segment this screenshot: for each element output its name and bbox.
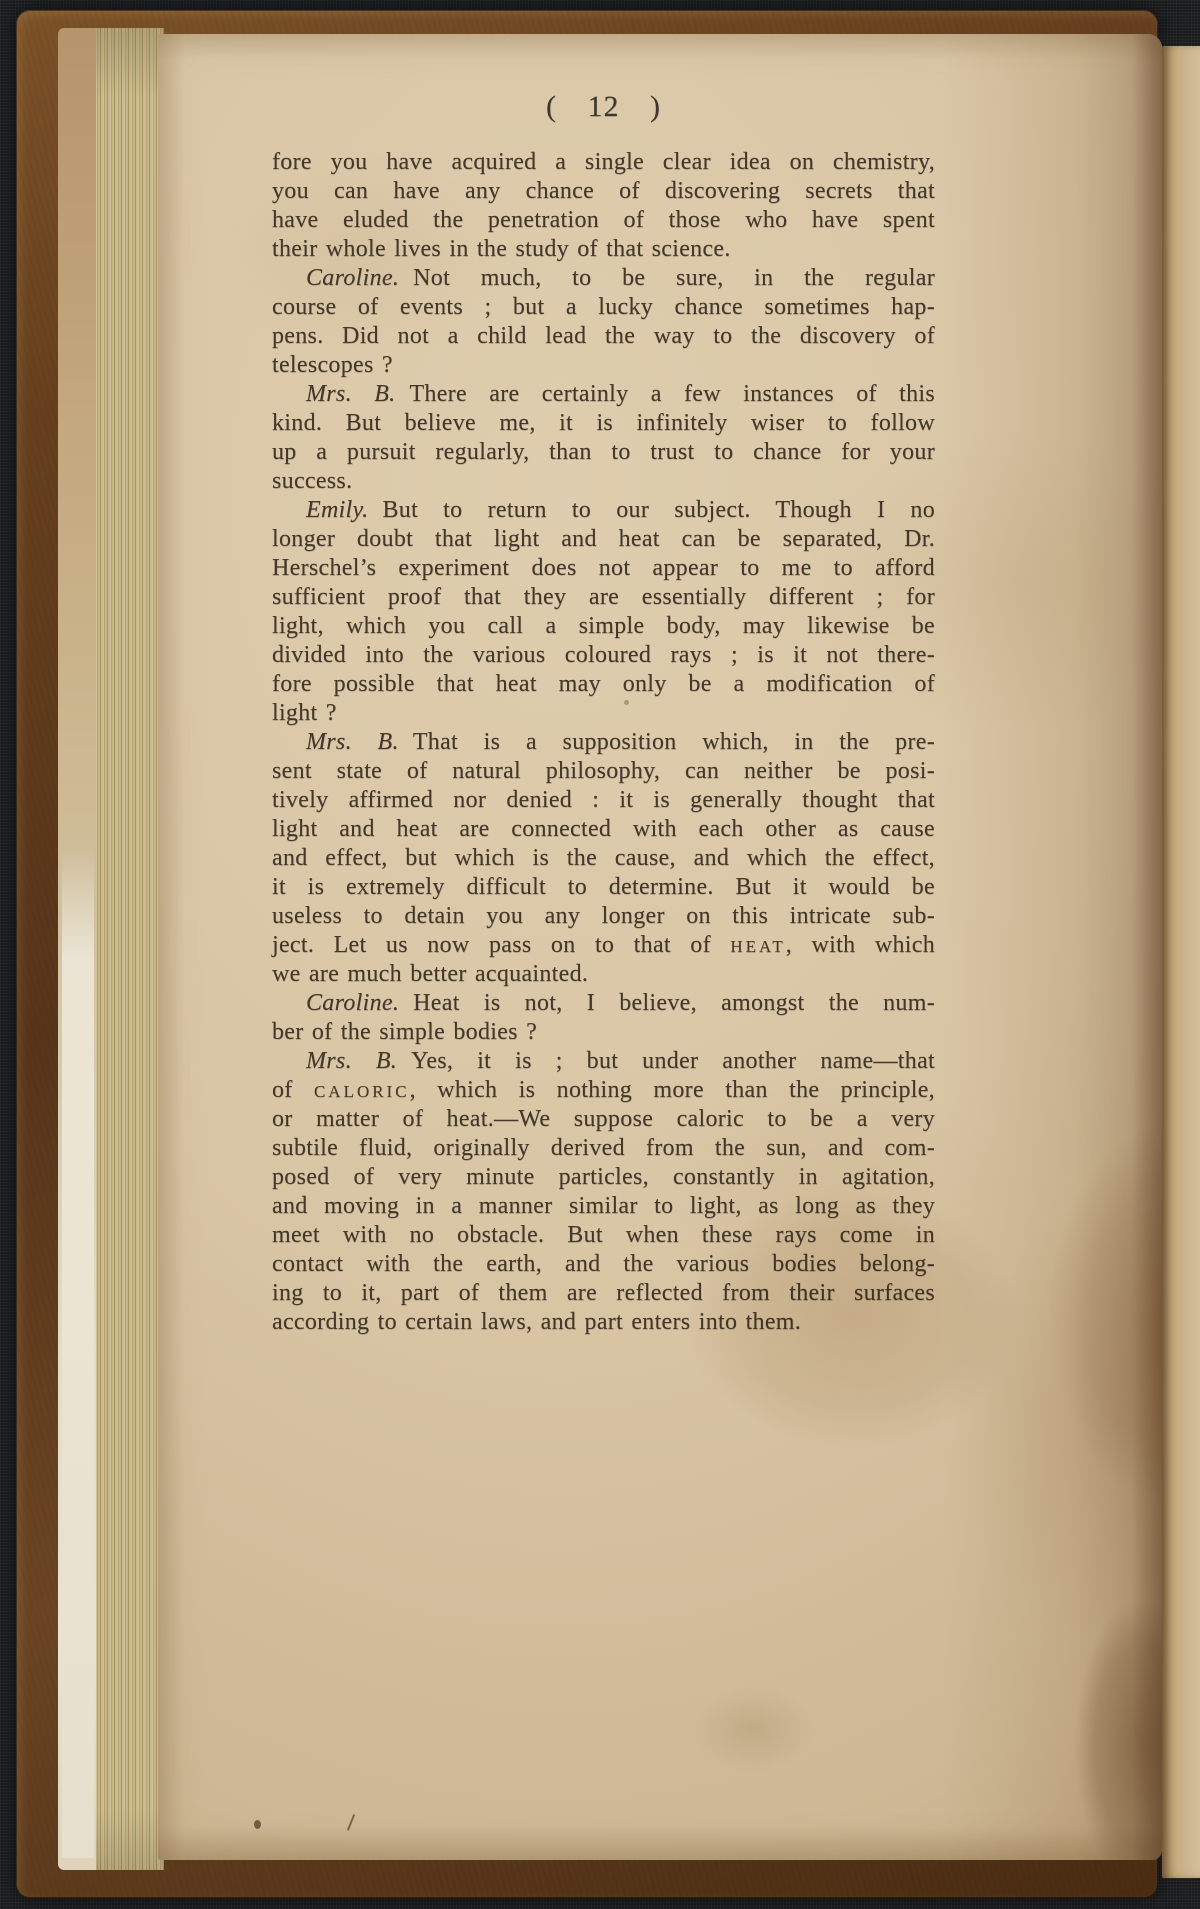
paragraph: Emily.But to return to our subject. Thou… <box>272 496 935 728</box>
text-line: you can have any chance of discovering s… <box>272 177 935 206</box>
text-segment: , with which <box>786 932 935 958</box>
text-segment: fore you have acquired a single clear id… <box>272 149 935 175</box>
stain <box>678 1674 828 1784</box>
page-top-shadow <box>158 34 1162 60</box>
text-segment: according to certain laws, and part ente… <box>272 1309 801 1335</box>
text-line: kind. But believe me, it is infinitely w… <box>272 409 935 438</box>
text-segment: their whole lives in the study of that s… <box>272 236 731 262</box>
page-number: ( 12 ) <box>272 90 935 124</box>
text-segment: of <box>272 1077 314 1103</box>
speaker-name: Caroline. <box>306 990 399 1016</box>
text-segment: ject. Let us now pass on to that of <box>272 932 730 958</box>
text-segment: meet with no obstacle. But when these ra… <box>272 1222 935 1248</box>
text-line: light ? <box>272 699 935 728</box>
text-segment: or matter of heat.—We suppose caloric to… <box>272 1106 935 1132</box>
text-line: sufficient proof that they are essential… <box>272 583 935 612</box>
text-segment: There are certainly a few instances of t… <box>409 381 935 407</box>
paragraph: Mrs. B.That is a supposition which, in t… <box>272 728 935 989</box>
text-line: of caloric, which is nothing more than t… <box>272 1076 935 1105</box>
speck <box>254 1820 261 1829</box>
text-line: Mrs. B.There are certainly a few instanc… <box>272 380 935 409</box>
text-segment: light and heat are connected with each o… <box>272 816 935 842</box>
text-line: posed of very minute particles, constant… <box>272 1163 935 1192</box>
text-line: Herschel’s experiment does not appear to… <box>272 554 935 583</box>
text-line: course of events ; but a lucky chance so… <box>272 293 935 322</box>
gutter-shadow <box>1132 34 1162 1860</box>
text-line: have eluded the penetration of those who… <box>272 206 935 235</box>
paragraph: Caroline.Not much, to be sure, in the re… <box>272 264 935 380</box>
text-segment: tively affirmed nor denied : it is gener… <box>272 787 935 813</box>
text-line: Mrs. B.That is a supposition which, in t… <box>272 728 935 757</box>
text-segment: sufficient proof that they are essential… <box>272 584 935 610</box>
page-stack-fore-edge <box>58 28 164 1870</box>
book-scan-stage: ( 12 ) fore you have acquired a single c… <box>0 0 1200 1909</box>
speaker-name: Mrs. B. <box>306 1048 397 1074</box>
facing-page-sliver <box>1162 46 1200 1878</box>
text-line: fore you have acquired a single clear id… <box>272 148 935 177</box>
text-segment: sent state of natural philosophy, can ne… <box>272 758 935 784</box>
text-segment: light, which you call a simple body, may… <box>272 613 935 639</box>
fiber-mark <box>347 1814 355 1831</box>
text-segment: pens. Did not a child lead the way to th… <box>272 323 935 349</box>
text-segment: Not much, to be sure, in the regular <box>413 265 935 291</box>
text-segment: up a pursuit regularly, than to trust to… <box>272 439 935 465</box>
paragraph: Mrs. B.Yes, it is ; but under another na… <box>272 1047 935 1337</box>
text-segment: ing to it, part of them are reflected fr… <box>272 1280 935 1306</box>
text-line: light, which you call a simple body, may… <box>272 612 935 641</box>
speaker-name: Emily. <box>306 497 368 523</box>
text-segment: light ? <box>272 700 337 726</box>
text-segment: longer doubt that light and heat can be … <box>272 526 935 552</box>
text-segment: , which is nothing more than the princip… <box>410 1077 935 1103</box>
text-segment: Herschel’s experiment does not appear to… <box>272 555 935 581</box>
paragraph: fore you have acquired a single clear id… <box>272 148 935 264</box>
text-segment: contact with the earth, and the various … <box>272 1251 935 1277</box>
text-line: Emily.But to return to our subject. Thou… <box>272 496 935 525</box>
text-segment: useless to detain you any longer on this… <box>272 903 935 929</box>
text-segment: course of events ; but a lucky chance so… <box>272 294 935 320</box>
text-segment: ber of the simple bodies ? <box>272 1019 537 1045</box>
text-line: we are much better acquainted. <box>272 960 935 989</box>
text-segment: That is a supposition which, in the pre- <box>413 729 935 755</box>
text-line: Mrs. B.Yes, it is ; but under another na… <box>272 1047 935 1076</box>
text-line: ing to it, part of them are reflected fr… <box>272 1279 935 1308</box>
text-line: ber of the simple bodies ? <box>272 1018 935 1047</box>
text-line: Caroline.Not much, to be sure, in the re… <box>272 264 935 293</box>
text-line: according to certain laws, and part ente… <box>272 1308 935 1337</box>
text-segment: it is extremely difficult to determine. … <box>272 874 935 900</box>
text-segment: success. <box>272 468 352 494</box>
text-line: pens. Did not a child lead the way to th… <box>272 322 935 351</box>
text-segment: and effect, but which is the cause, and … <box>272 845 935 871</box>
text-segment: we are much better acquainted. <box>272 961 588 987</box>
text-line: telescopes ? <box>272 351 935 380</box>
page-bottom-shadow <box>158 1826 1162 1860</box>
text-line: or matter of heat.—We suppose caloric to… <box>272 1105 935 1134</box>
text-line: longer doubt that light and heat can be … <box>272 525 935 554</box>
text-line: ject. Let us now pass on to that of heat… <box>272 931 935 960</box>
text-line: and effect, but which is the cause, and … <box>272 844 935 873</box>
text-segment: and moving in a manner similar to light,… <box>272 1193 935 1219</box>
text-line: meet with no obstacle. But when these ra… <box>272 1221 935 1250</box>
text-segment: Heat is not, I believe, amongst the num- <box>413 990 935 1016</box>
text-segment: But to return to our subject. Though I n… <box>382 497 935 523</box>
main-page: ( 12 ) fore you have acquired a single c… <box>158 34 1162 1860</box>
text-segment: you can have any chance of discovering s… <box>272 178 935 204</box>
text-line: and moving in a manner similar to light,… <box>272 1192 935 1221</box>
speaker-name: Mrs. B. <box>306 381 395 407</box>
text-line: their whole lives in the study of that s… <box>272 235 935 264</box>
text-line: Caroline.Heat is not, I believe, amongst… <box>272 989 935 1018</box>
text-line: up a pursuit regularly, than to trust to… <box>272 438 935 467</box>
text-segment: have eluded the penetration of those who… <box>272 207 935 233</box>
text-segment: divided into the various coloured rays ;… <box>272 642 935 668</box>
text-line: contact with the earth, and the various … <box>272 1250 935 1279</box>
small-caps-term: caloric <box>314 1077 410 1103</box>
text-line: it is extremely difficult to determine. … <box>272 873 935 902</box>
paragraph: Mrs. B.There are certainly a few instanc… <box>272 380 935 496</box>
text-line: subtile fluid, originally derived from t… <box>272 1134 935 1163</box>
text-line: sent state of natural philosophy, can ne… <box>272 757 935 786</box>
stacked-page-edges <box>96 28 164 1870</box>
small-caps-term: heat <box>730 932 785 958</box>
text-line: light and heat are connected with each o… <box>272 815 935 844</box>
text-line: success. <box>272 467 935 496</box>
text-line: useless to detain you any longer on this… <box>272 902 935 931</box>
text-segment: Yes, it is ; but under another name—that <box>411 1048 935 1074</box>
text-segment: kind. But believe me, it is infinitely w… <box>272 410 935 436</box>
speaker-name: Mrs. B. <box>306 729 399 755</box>
paragraph: Caroline.Heat is not, I believe, amongst… <box>272 989 935 1047</box>
page-left-shadow <box>158 34 184 1860</box>
text-segment: subtile fluid, originally derived from t… <box>272 1135 935 1161</box>
text-line: fore possible that heat may only be a mo… <box>272 670 935 699</box>
text-line: tively affirmed nor denied : it is gener… <box>272 786 935 815</box>
text-line: divided into the various coloured rays ;… <box>272 641 935 670</box>
text-segment: fore possible that heat may only be a mo… <box>272 671 935 697</box>
text-block: fore you have acquired a single clear id… <box>272 148 935 1337</box>
text-segment: posed of very minute particles, constant… <box>272 1164 935 1190</box>
interleaf-page-edge <box>62 848 94 1858</box>
text-segment: telescopes ? <box>272 352 393 378</box>
speaker-name: Caroline. <box>306 265 399 291</box>
page-right-shadow <box>942 34 1162 1860</box>
